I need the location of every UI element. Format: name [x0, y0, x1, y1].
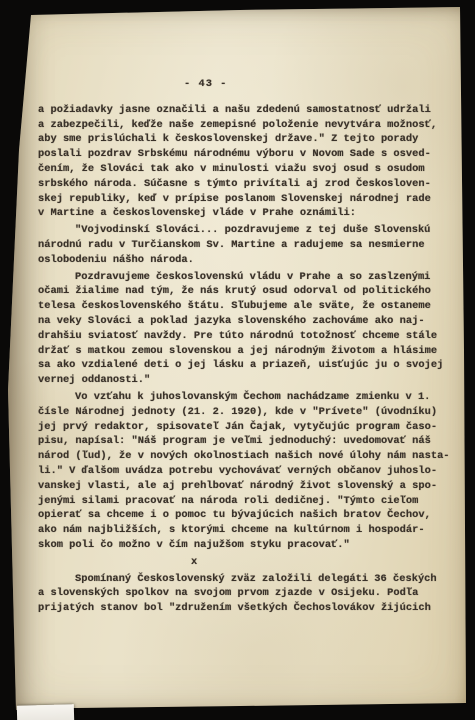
page-tab — [17, 704, 74, 720]
paragraph-narodna-jednota: Vo vzťahu k juhoslovanským Čechom nachád… — [38, 390, 465, 553]
page-text: - 43 - a požiadavky jasne označili a naš… — [38, 77, 465, 618]
scanned-book-photo: - 43 - a požiadavky jasne označili a naš… — [0, 0, 475, 720]
paragraph-czechoslovak-union: Spomínaný Československý zväz založili d… — [38, 572, 465, 616]
paragraph-pledge-quote: Pozdravujeme československú vládu v Prah… — [38, 270, 465, 388]
page-number: - 43 - — [184, 77, 465, 92]
paragraph-greeting-quote: "Vojvodinskí Slováci... pozdravujeme z t… — [38, 223, 465, 267]
paragraph-resolution-continued: a požiadavky jasne označili a našu zdede… — [38, 103, 465, 221]
section-separator: x — [191, 555, 465, 570]
